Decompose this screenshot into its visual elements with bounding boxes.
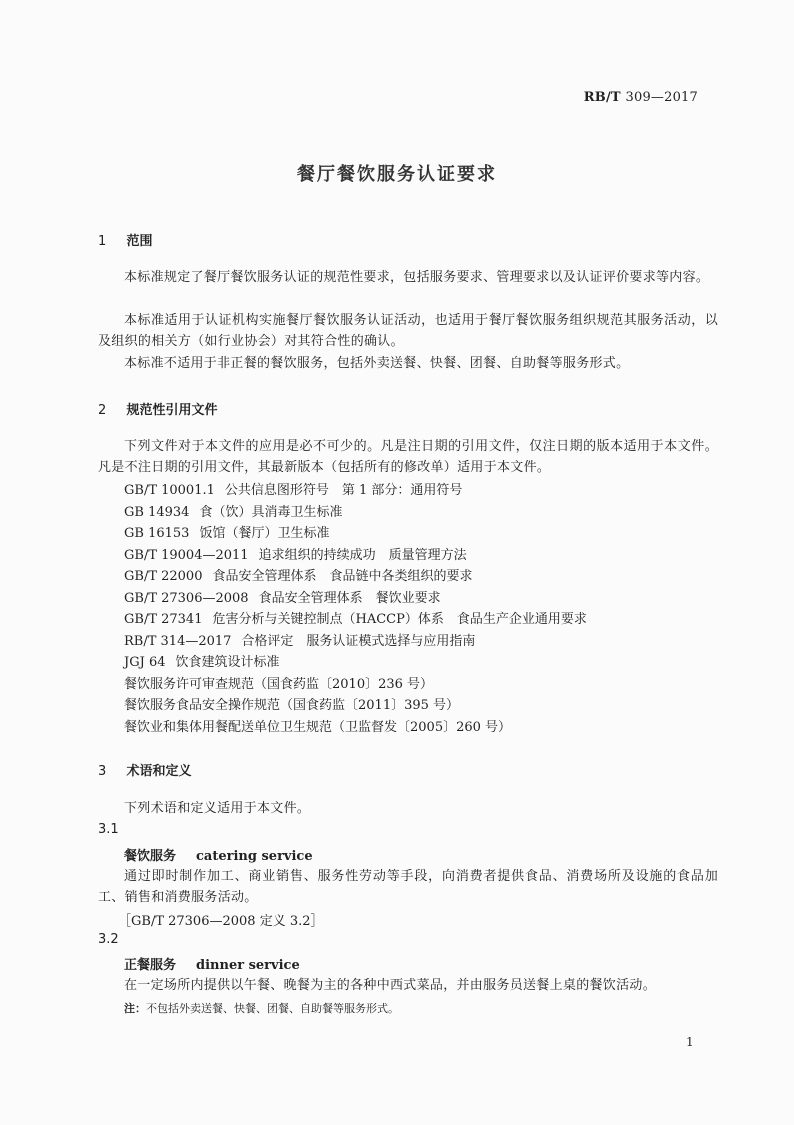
term-definition: 在一定场所内提供以午餐、晚餐为主的各种中西式菜品，并由服务员送餐上桌的餐饮活动。	[98, 975, 718, 996]
normative-reference-list: GB/T 10001.1公共信息图形符号 第 1 部分：通用符号 GB 1493…	[124, 480, 724, 738]
reference-item: GB 16153饭馆（餐厅）卫生标准	[124, 523, 724, 545]
term-source: ［GB/T 27306—2008 定义 3.2］	[118, 910, 324, 929]
standard-code-number: 309—2017	[626, 90, 699, 105]
reference-code: GB/T 19004—2011	[124, 545, 249, 567]
section-title: 术语和定义	[127, 764, 192, 779]
standard-code-prefix: RB/T	[584, 90, 621, 105]
reference-title: 餐饮服务食品安全操作规范（国食药监〔2011〕395 号）	[124, 698, 459, 713]
reference-title: 餐饮业和集体用餐配送单位卫生规范（卫监督发〔2005〕260 号）	[124, 720, 511, 735]
reference-code: GB/T 10001.1	[124, 480, 215, 502]
page-number: 1	[686, 1035, 694, 1049]
note-label: 注：	[124, 1002, 146, 1015]
reference-title: 公共信息图形符号 第 1 部分：通用符号	[225, 483, 463, 498]
term-number: 3.2	[98, 932, 119, 947]
reference-item: GB/T 22000食品安全管理体系 食品链中各类组织的要求	[124, 566, 724, 588]
reference-code: GB/T 27306—2008	[124, 588, 249, 610]
document-title: 餐厅餐饮服务认证要求	[0, 160, 794, 186]
section-heading-2: 2 规范性引用文件	[98, 399, 218, 418]
reference-item: 餐饮服务食品安全操作规范（国食药监〔2011〕395 号）	[124, 695, 724, 717]
reference-title: 危害分析与关键控制点（HACCP）体系 食品生产企业通用要求	[212, 612, 586, 627]
reference-item: GB/T 27306—2008食品安全管理体系 餐饮业要求	[124, 588, 724, 610]
reference-code: GB 16153	[124, 523, 189, 545]
reference-code: RB/T 314—2017	[124, 631, 231, 653]
reference-code: JGJ 64	[124, 652, 165, 674]
term-zh: 餐饮服务	[124, 849, 176, 864]
paragraph: 下列文件对于本文件的应用是必不可少的。凡是注日期的引用文件，仅注日期的版本适用于…	[98, 436, 718, 478]
reference-code: GB 14934	[124, 502, 189, 524]
reference-item: GB/T 19004—2011追求组织的持续成功 质量管理方法	[124, 545, 724, 567]
reference-code: GB/T 27341	[124, 609, 202, 631]
term-zh: 正餐服务	[124, 958, 176, 973]
note-text: 不包括外卖送餐、快餐、团餐、自助餐等服务形式。	[146, 1002, 399, 1015]
paragraph: 下列术语和定义适用于本文件。	[98, 798, 718, 819]
reference-title: 合格评定 服务认证模式选择与应用指南	[241, 634, 475, 649]
reference-item: RB/T 314—2017合格评定 服务认证模式选择与应用指南	[124, 631, 724, 653]
reference-title: 饮食建筑设计标准	[175, 655, 279, 670]
reference-title: 食品安全管理体系 餐饮业要求	[259, 591, 441, 606]
reference-title: 食（饮）具消毒卫生标准	[199, 505, 342, 520]
term-en: catering service	[196, 849, 313, 864]
reference-title: 饭馆（餐厅）卫生标准	[199, 526, 329, 541]
reference-item: 餐饮服务许可审查规范（国食药监〔2010〕236 号）	[124, 674, 724, 696]
section-heading-3: 3 术语和定义	[98, 760, 192, 779]
reference-item: 餐饮业和集体用餐配送单位卫生规范（卫监督发〔2005〕260 号）	[124, 717, 724, 739]
term-heading: 餐饮服务catering service	[124, 845, 313, 864]
reference-title: 追求组织的持续成功 质量管理方法	[259, 548, 467, 563]
paragraph: 本标准适用于认证机构实施餐厅餐饮服务认证活动，也适用于餐厅餐饮服务组织规范其服务…	[98, 310, 718, 352]
standard-code: RB/T 309—2017	[584, 90, 698, 105]
paragraph: 本标准规定了餐厅餐饮服务认证的规范性要求，包括服务要求、管理要求以及认证评价要求…	[98, 267, 718, 288]
section-title: 范围	[127, 234, 153, 249]
reference-title: 食品安全管理体系 食品链中各类组织的要求	[212, 569, 472, 584]
section-title: 规范性引用文件	[127, 403, 218, 418]
reference-item: GB/T 10001.1公共信息图形符号 第 1 部分：通用符号	[124, 480, 724, 502]
document-page: RB/T 309—2017 餐厅餐饮服务认证要求 1 范围 本标准规定了餐厅餐饮…	[0, 0, 794, 1125]
term-en: dinner service	[196, 958, 300, 973]
reference-item: GB 14934食（饮）具消毒卫生标准	[124, 502, 724, 524]
reference-title: 餐饮服务许可审查规范（国食药监〔2010〕236 号）	[124, 677, 433, 692]
section-number: 3	[98, 764, 122, 779]
section-heading-1: 1 范围	[98, 230, 153, 249]
section-number: 1	[98, 234, 122, 249]
term-definition: 通过即时制作加工、商业销售、服务性劳动等手段，向消费者提供食品、消费场所及设施的…	[98, 866, 718, 908]
section-number: 2	[98, 403, 122, 418]
reference-item: JGJ 64饮食建筑设计标准	[124, 652, 724, 674]
paragraph: 本标准不适用于非正餐的餐饮服务，包括外卖送餐、快餐、团餐、自助餐等服务形式。	[98, 353, 718, 374]
reference-code: GB/T 22000	[124, 566, 202, 588]
reference-item: GB/T 27341危害分析与关键控制点（HACCP）体系 食品生产企业通用要求	[124, 609, 724, 631]
term-heading: 正餐服务dinner service	[124, 954, 300, 973]
term-number: 3.1	[98, 822, 119, 837]
term-note: 注：不包括外卖送餐、快餐、团餐、自助餐等服务形式。	[124, 1000, 399, 1016]
